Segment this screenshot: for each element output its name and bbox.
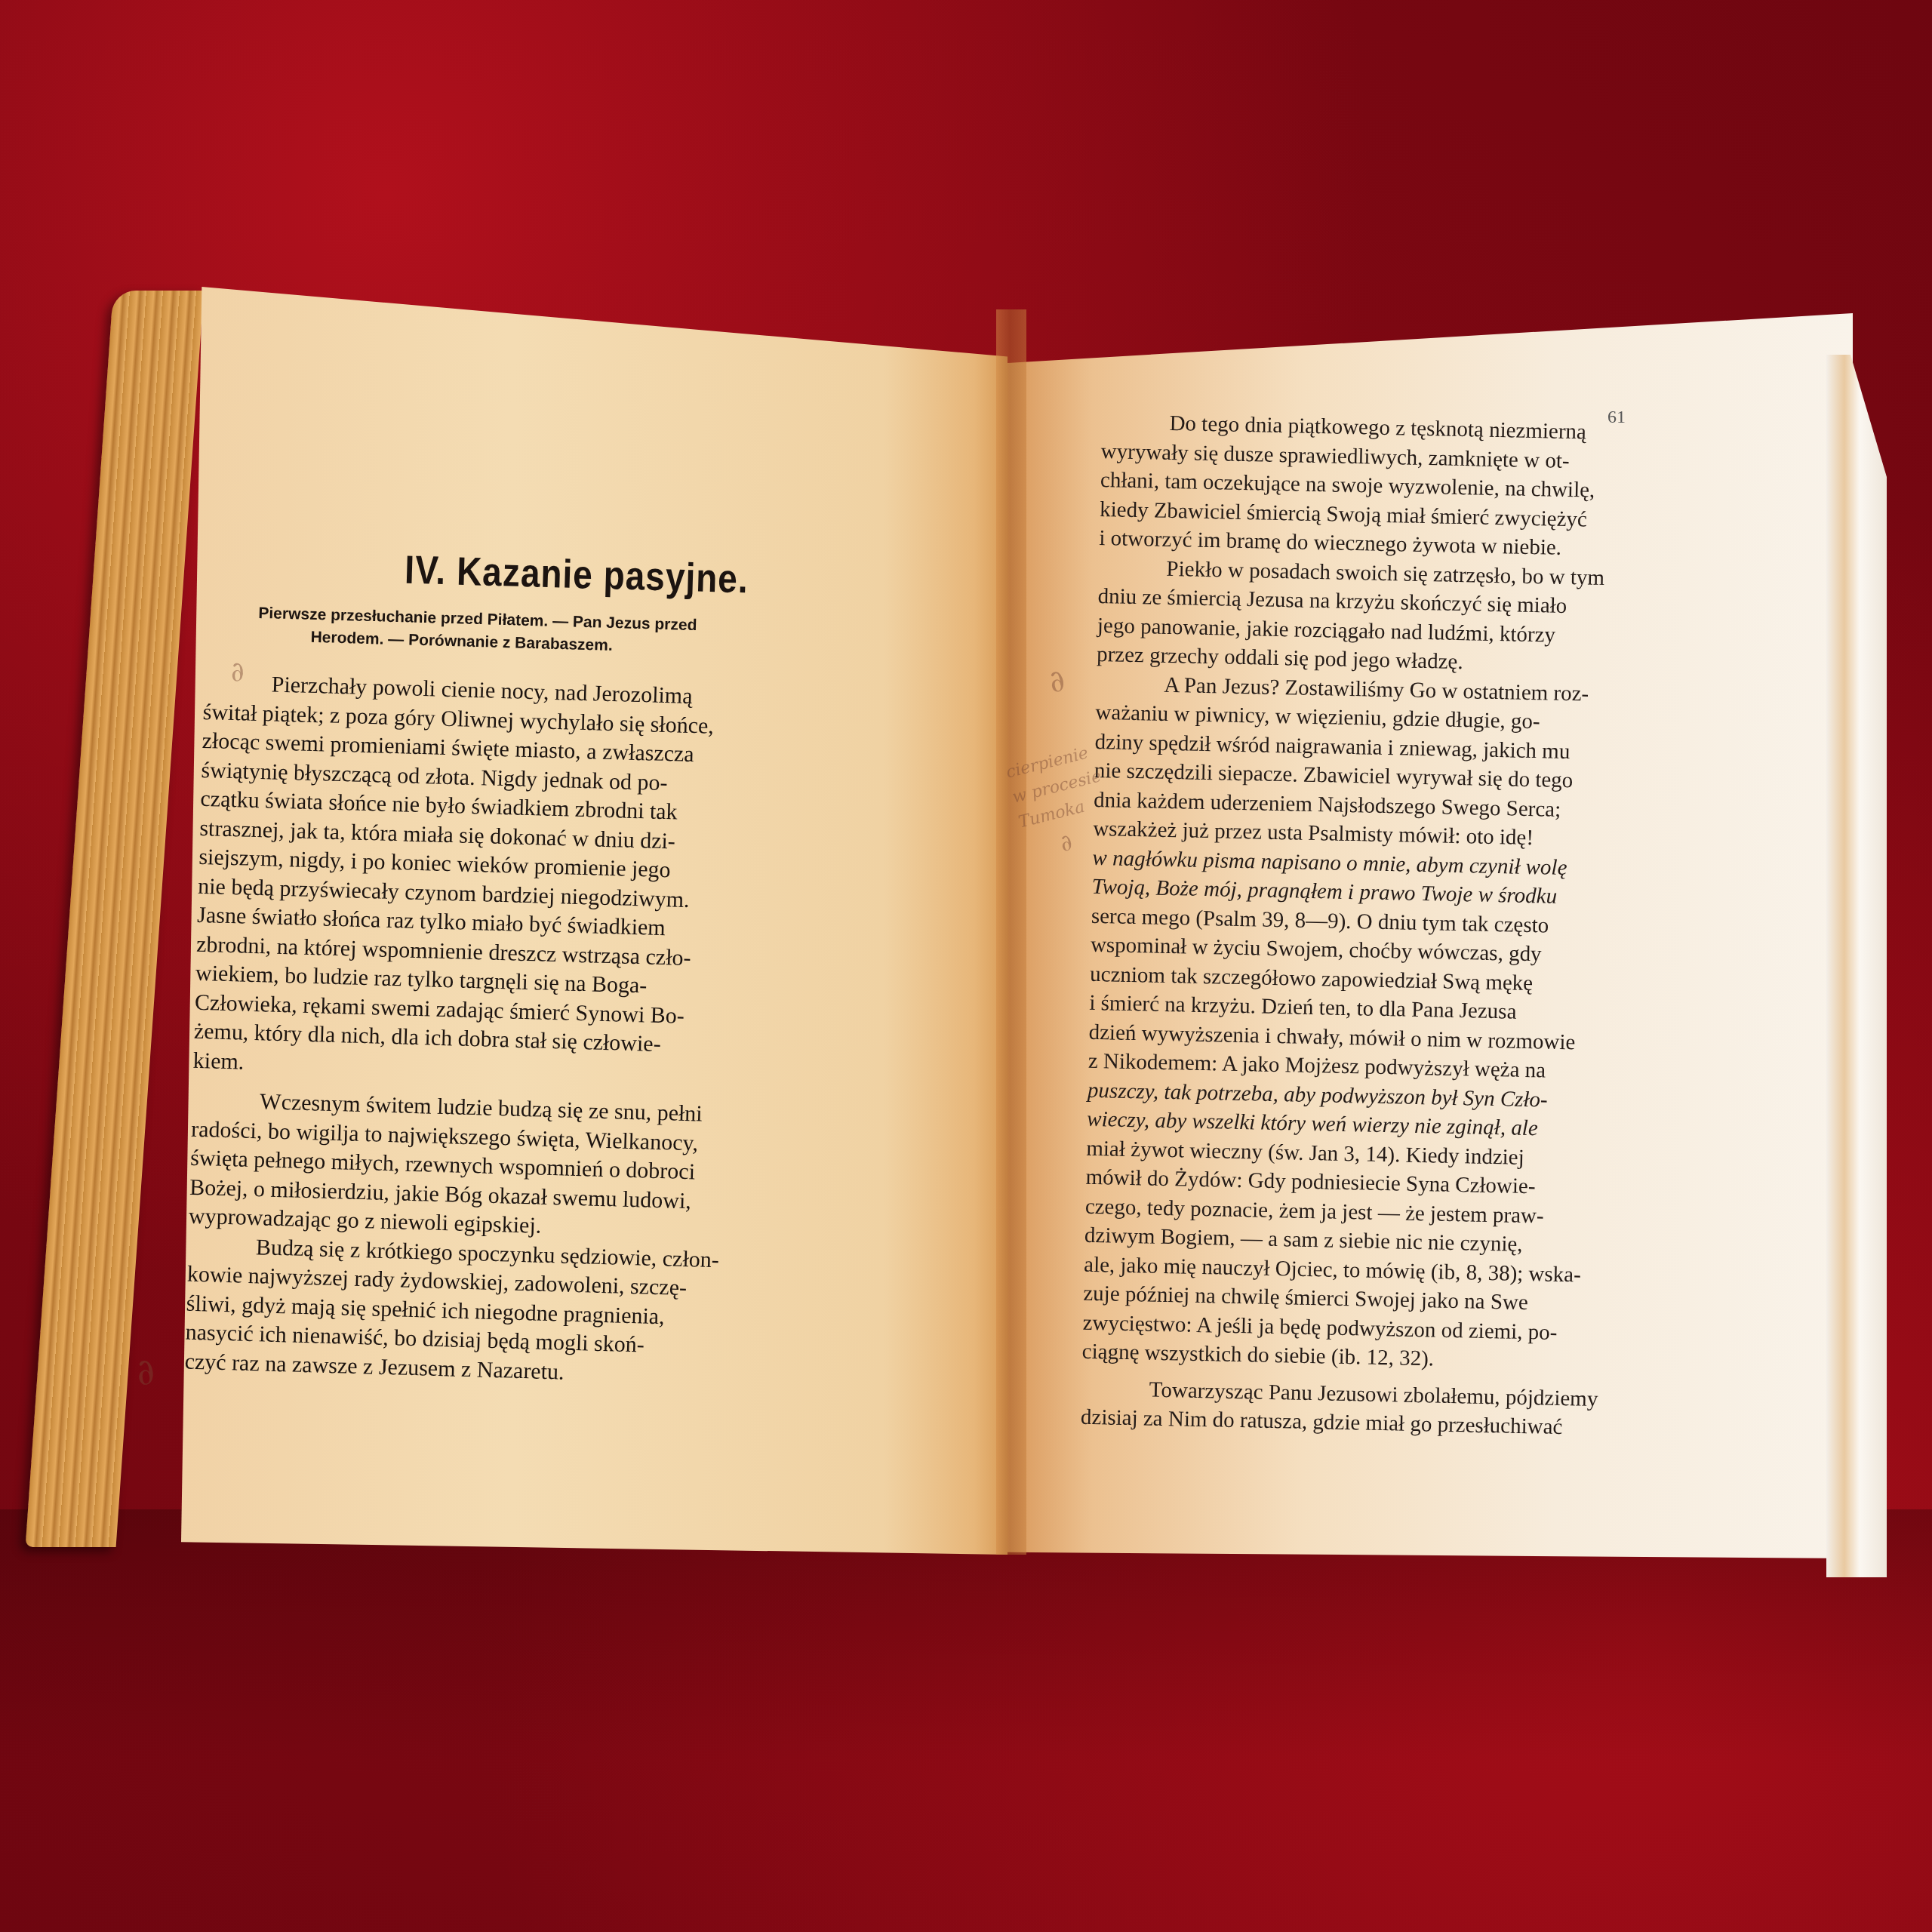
paragraph: Do tego dnia piątkowego z tęsknotą niezm… [1099, 408, 1728, 566]
pencil-mark-left-bottom: ∂ [131, 1349, 159, 1395]
right-page-stack-edges [1826, 355, 1887, 1577]
book-gutter [996, 309, 1026, 1555]
open-book: IV. Kazanie pasyjne. Pierwsze przesłucha… [0, 0, 1932, 1932]
paragraph: Piekło w posadach swoich się zatrzęsło, … [1097, 552, 1725, 681]
left-page-text: IV. Kazanie pasyjne. Pierwsze przesłucha… [184, 543, 901, 1395]
paragraph: Wczesnym świtem ludzie budzą się ze snu,… [189, 1086, 887, 1251]
chapter-subtitle: Pierwsze przesłuchanie przed Piłatem. — … [205, 601, 900, 666]
paragraph: Budzą się z krótkiego spoczynku sędziowi… [184, 1231, 882, 1395]
right-page-text: Do tego dnia piątkowego z tęsknotą niezm… [1081, 408, 1728, 1445]
paragraph: A Pan Jezus? Zostawiliśmy Go w ostatniem… [1081, 669, 1722, 1379]
left-page-stack-edges [26, 291, 204, 1547]
paragraph: Pierzchały powoli cienie nocy, nad Jeroz… [192, 669, 898, 1094]
